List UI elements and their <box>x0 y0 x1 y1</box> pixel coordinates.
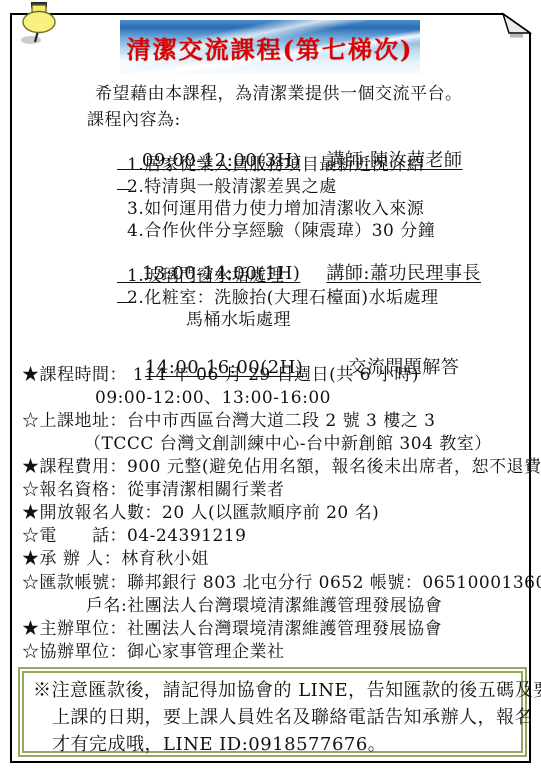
course-item: 2.特清與一般清潔差異之處 <box>127 177 337 197</box>
notice-line: 上課的日期，要上課人員姓名及聯絡電話告知承辦人，報名 <box>33 704 515 731</box>
detail-address: ☆上課地址：台中市西區台灣大道二段 2 號 3 樓之 3 <box>22 411 435 431</box>
notice-line: 才有完成哦，LINE ID:0918577676。 <box>33 731 515 758</box>
notice-line: ※注意匯款後，請記得加協會的 LINE，告知匯款的後五碼及要 <box>33 677 515 704</box>
detail-phone: ☆電 話：04-24391219 <box>22 526 246 546</box>
detail-contact-person: ★承 辦 人：林育秋小姐 <box>22 549 209 569</box>
detail-qualification: ☆報名資格：從事清潔相關行業者 <box>22 480 285 500</box>
course-item: 3.如何運用借力使力增加清潔收入來源 <box>127 199 424 219</box>
course-item: 1.玻璃門窗水垢處理 <box>127 266 284 286</box>
notice-box: ※注意匯款後，請記得加協會的 LINE，告知匯款的後五碼及要 上課的日期，要上課… <box>18 667 527 757</box>
detail-course-time-2: 09:00-12:00、13:00-16:00 <box>95 388 331 408</box>
detail-fee: ★課程費用：900 元整(避免佔用名額，報名後未出席者，恕不退費) <box>22 457 541 477</box>
detail-account-name: 戶名:社團法人台灣環境清潔維護管理發展協會 <box>86 596 442 616</box>
course-subitem: 馬桶水垢處理 <box>186 310 291 330</box>
course-item: 4.合作伙伴分享經驗（陳震瑋）30 分鐘 <box>127 221 435 241</box>
flyer-page: 清潔交流課程(第七梯次) 希望藉由本課程，為清潔業提供一個交流平台。 課程內容為… <box>0 0 541 775</box>
detail-address-2: （TCCC 台灣文創訓練中心-台中新創館 304 教室） <box>84 434 492 454</box>
detail-capacity: ★開放報名人數：20 人(以匯款順序前 20 名) <box>22 503 379 523</box>
page-title: 清潔交流課程(第七梯次) <box>127 30 414 65</box>
session-2-teacher: 講師:蕭功民理事長 <box>300 263 481 284</box>
title-banner: 清潔交流課程(第七梯次) <box>120 20 420 74</box>
folded-corner-icon <box>503 14 530 38</box>
course-item: 1.居家從業人員服務項目最新近況介紹 <box>127 155 424 175</box>
detail-organizer: ★主辦單位：社團法人台灣環境清潔維護管理發展協會 <box>22 619 442 639</box>
intro-text: 希望藉由本課程，為清潔業提供一個交流平台。 <box>95 84 463 104</box>
detail-course-time: ★課程時間： 114 年 06 月 29 日週日(共 6 小時) <box>22 365 419 385</box>
detail-co-organizer: ☆協辦單位：御心家事管理企業社 <box>22 642 285 662</box>
pushpin-icon <box>16 1 62 47</box>
content-label: 課程內容為: <box>87 110 181 130</box>
course-item: 2.化粧室：洗臉抬(大理石檯面)水垢處理 <box>127 288 438 308</box>
detail-bank-account: ☆匯款帳號：聯邦銀行 803 北屯分行 0652 帳號：065100013601 <box>22 573 541 593</box>
